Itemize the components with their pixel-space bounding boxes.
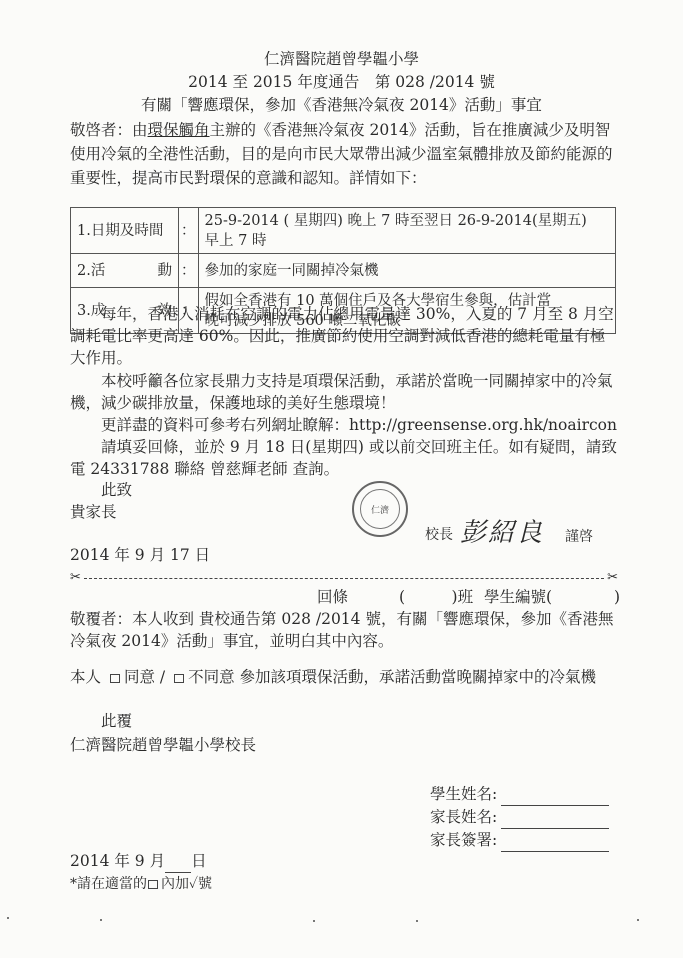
more-info-text: 更詳盡的資料可參考右列網址瞭解： xyxy=(101,416,349,434)
reply-date-row: 2014 年 9 月日 xyxy=(70,850,207,873)
principal-title: 校長 xyxy=(425,524,453,544)
student-number-field[interactable]: 學生編號( ) xyxy=(484,586,620,609)
footnote-prefix: *請在適當的 xyxy=(70,876,147,892)
row-colon: ： xyxy=(179,208,199,254)
parent-signature-input[interactable] xyxy=(501,837,609,852)
label-part: 2.活 xyxy=(77,261,105,281)
reply-slip-title: 回條 xyxy=(317,586,348,609)
class-field[interactable]: ( )班 xyxy=(399,586,473,609)
disagree-checkbox[interactable] xyxy=(174,674,184,683)
parent-name-label: 家長姓名: xyxy=(430,808,497,826)
consent-line: 本人 同意 / 不同意 參加該項環保活動，承諾活動當晚關掉家中的冷氣機 xyxy=(70,666,596,689)
footnote-suffix: 內加✓號 xyxy=(161,876,212,892)
paragraph-electricity: 每年，香港人消耗在空調的電力佔總用電量達 30%，入夏的 7 月至 8 月空調耗… xyxy=(70,303,620,369)
row-label: 1.日期及時間 xyxy=(71,208,179,254)
table-row: 2.活動 ： 參加的家庭一同關掉冷氣機 xyxy=(71,254,616,288)
value-line: 25-9-2014 ( 星期四) 晚上 7 時至翌日 26-9-2014(星期五… xyxy=(205,211,610,231)
stamp-center: 仁濟 xyxy=(360,489,400,529)
consent-suffix: 參加該項環保活動，承諾活動當晚關掉家中的冷氣機 xyxy=(240,668,597,686)
parent-name-input[interactable] xyxy=(501,814,609,829)
scan-speck xyxy=(637,919,639,921)
organizer-name: 環保觸角 xyxy=(148,121,210,139)
paragraph-more-info: 更詳盡的資料可參考右列網址瞭解：http://greensense.org.hk… xyxy=(70,414,620,436)
row-value: 參加的家庭一同關掉冷氣機 xyxy=(198,254,616,288)
row-label: 2.活動 xyxy=(71,254,179,288)
agree-label: 同意 xyxy=(124,668,155,686)
reply-ci-fu: 此覆 xyxy=(101,710,132,733)
row-colon: ： xyxy=(179,254,199,288)
school-stamp-icon: 仁濟 xyxy=(352,481,408,537)
reply-date-suffix: 日 xyxy=(191,852,207,870)
student-name-row: 學生姓名: xyxy=(430,783,609,806)
notice-page: 仁濟醫院趙曾學韞小學 2014 至 2015 年度通告 第 028 /2014 … xyxy=(0,0,683,958)
principal-signature: 彭紹良 xyxy=(460,512,544,549)
checkbox-icon xyxy=(148,880,158,889)
label-part: 動 xyxy=(158,261,173,281)
scissors-icon: ✂ xyxy=(70,570,81,586)
separator: / xyxy=(160,668,165,686)
intro-lead: 敬啓者：由 xyxy=(70,121,148,139)
intro-paragraph: 敬啓者：由環保觸角主辦的《香港無冷氣夜 2014》活動，旨在推廣減少及明智使用冷… xyxy=(70,118,620,190)
scan-speck xyxy=(7,917,9,919)
school-name: 仁濟醫院趙曾學韞小學 xyxy=(0,47,683,69)
scan-speck xyxy=(416,920,418,922)
closing-addressee: 貴家長 xyxy=(70,501,117,524)
parent-signature-label: 家長簽署: xyxy=(430,831,497,849)
scissors-icon: ✂ xyxy=(607,570,618,586)
scan-speck xyxy=(313,920,315,922)
agree-checkbox[interactable] xyxy=(110,674,120,683)
reply-date-prefix: 2014 年 9 月 xyxy=(70,852,165,870)
parent-name-row: 家長姓名: xyxy=(430,806,609,829)
dashed-divider xyxy=(84,578,604,579)
cut-line: ✂ ✂ xyxy=(70,570,618,586)
paragraph-return-instructions: 請填妥回條，並於 9 月 18 日(星期四) 或以前交回班主任。如有疑問，請致電… xyxy=(70,436,620,480)
closing-ci-zhi: 此致 xyxy=(101,479,132,502)
reply-day-input[interactable] xyxy=(165,858,191,873)
notice-subject: 有關「響應環保，參加《香港無冷氣夜 2014》活動」事宜 xyxy=(0,93,683,115)
paragraph-appeal: 本校呼籲各位家長鼎力支持是項環保活動，承諾於當晚一同關掉家中的冷氣機，減少碳排放… xyxy=(70,370,620,414)
student-name-input[interactable] xyxy=(501,791,609,806)
reply-acknowledgement: 敬覆者：本人收到 貴校通告第 028 /2014 號，有關「響應環保，參加《香港… xyxy=(70,608,620,652)
info-link[interactable]: http://greensense.org.hk/noaircon xyxy=(349,416,617,434)
scan-speck xyxy=(100,919,102,921)
reply-recipient: 仁濟醫院趙曾學韞小學校長 xyxy=(70,734,256,757)
notice-date: 2014 年 9 月 17 日 xyxy=(70,544,210,567)
value-line: 早上 7 時 xyxy=(205,231,610,251)
parent-signature-row: 家長簽署: xyxy=(430,829,609,852)
footnote: *請在適當的內加✓號 xyxy=(70,873,212,893)
disagree-label: 不同意 xyxy=(188,668,235,686)
row-value: 25-9-2014 ( 星期四) 晚上 7 時至翌日 26-9-2014(星期五… xyxy=(198,208,616,254)
student-name-label: 學生姓名: xyxy=(430,785,497,803)
table-row: 1.日期及時間 ： 25-9-2014 ( 星期四) 晚上 7 時至翌日 26-… xyxy=(71,208,616,254)
consent-prefix: 本人 xyxy=(70,668,101,686)
notice-number: 2014 至 2015 年度通告 第 028 /2014 號 xyxy=(0,70,683,92)
respectfully: 謹啓 xyxy=(565,526,593,546)
